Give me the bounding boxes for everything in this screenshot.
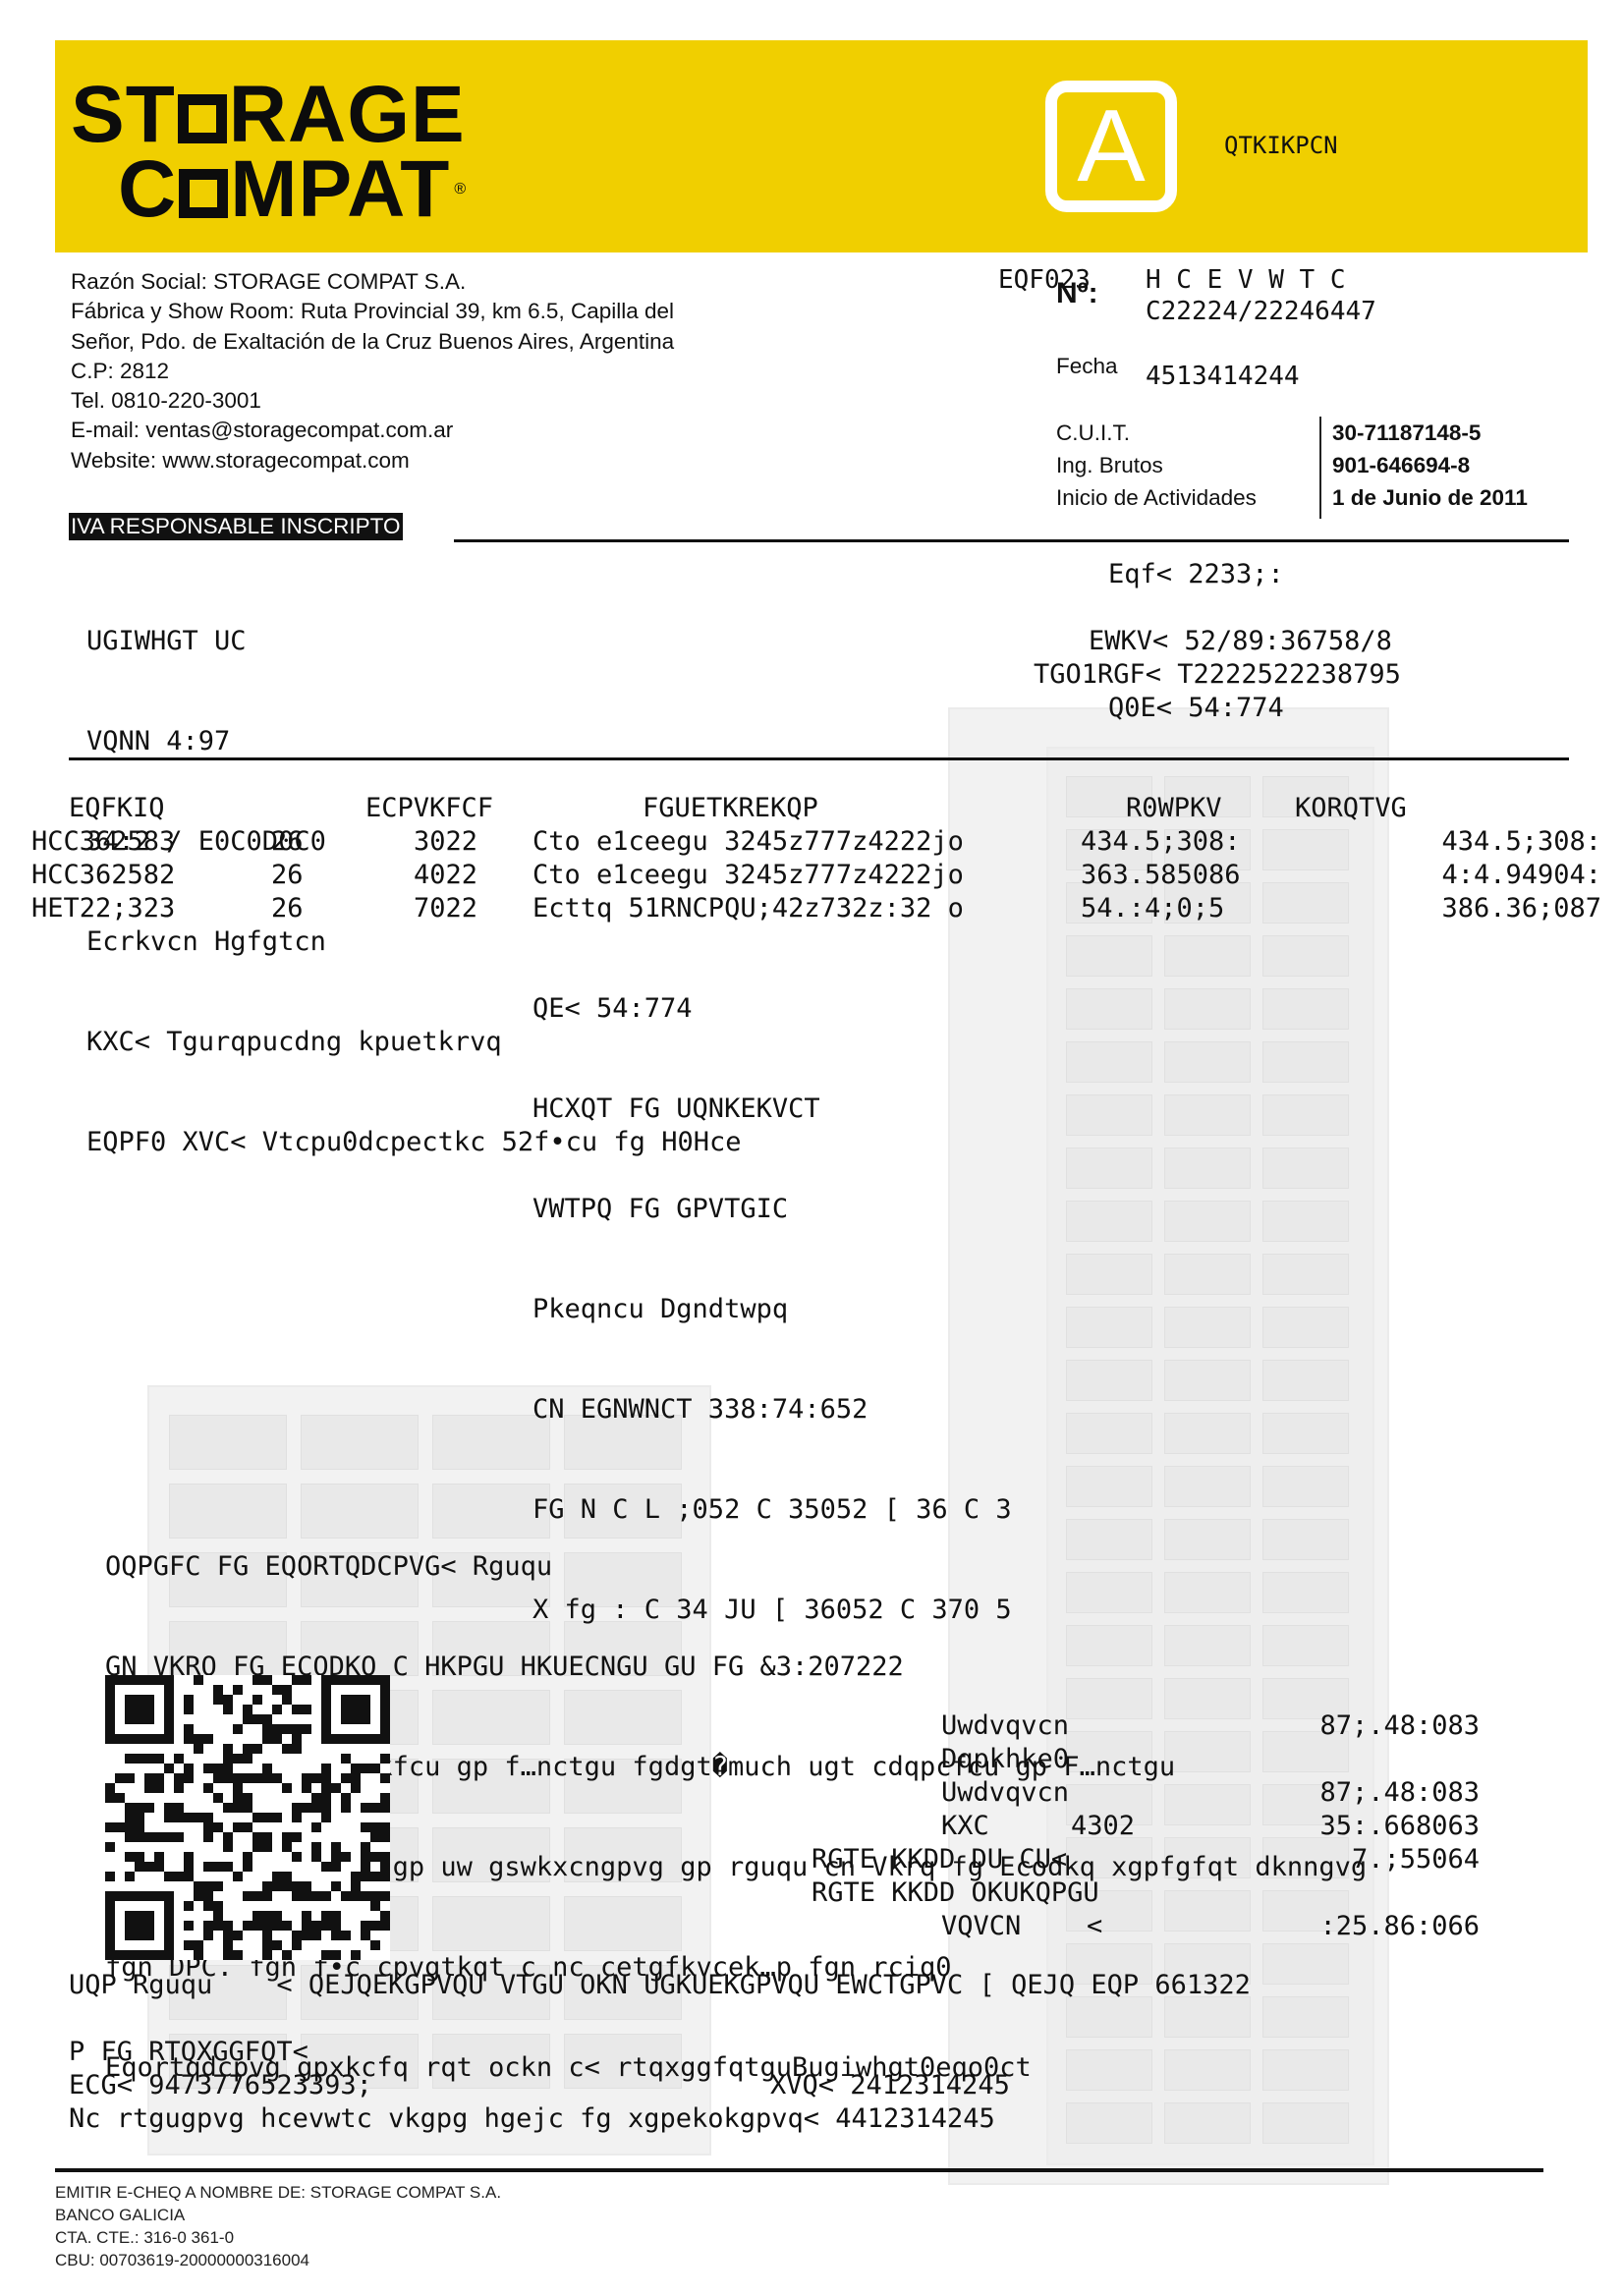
provider-number: P FG RTQXGGFQT< (69, 2036, 308, 2069)
divider (454, 539, 1569, 542)
start-value: 1 de Junio de 2011 (1332, 485, 1528, 511)
brand-logo: STRAGE CMPAT® (71, 78, 467, 227)
note-line: QE< 54:774 (532, 992, 1012, 1026)
company-line: Señor, Pdo. de Exaltación de la Cruz Bue… (71, 327, 674, 357)
col-header-code: EQFKIQ (69, 792, 165, 825)
cell-qty-a: 26 (271, 859, 310, 892)
company-line: Tel. 0810-220-3001 (71, 386, 674, 416)
note-line: Pkeqncu Dgndtwpq (532, 1293, 1012, 1326)
cell-unit-price: 434.5;308: (1081, 825, 1277, 859)
cell-qty-b: 4022 (373, 859, 477, 892)
cae-number: ECG< 9473776523393; (69, 2069, 372, 2102)
totals-label: RGTE KKDD DU CU< (812, 1843, 1067, 1876)
totals-value: :25.86:066 (1228, 1910, 1480, 1943)
footer-bank-info: EMITIR E-CHEQ A NOMBRE DE: STORAGE COMPA… (55, 2181, 501, 2271)
totals-label: RGTE KKDD OKUKQPGU (812, 1876, 1099, 1910)
company-line: E-mail: ventas@storagecompat.com.ar (71, 416, 674, 445)
footer-line: EMITIR E-CHEQ A NOMBRE DE: STORAGE COMPA… (55, 2181, 501, 2204)
totals-value: 7.;55064 (1228, 1843, 1480, 1876)
totals-value: 87;.48:083 (1228, 1709, 1480, 1743)
cell-qty-a: 26 (271, 892, 310, 925)
totals-rate: 4302 (1071, 1810, 1135, 1843)
customer-code: Eqf< 2233;: (1108, 558, 1284, 591)
terms-line: OQPGFC FG EQORTQDCPVG< Rguqu (105, 1550, 1367, 1584)
totals-label: Uwdvqvcn (941, 1776, 1069, 1810)
cae-expiry: XVQ< 2412314245 (770, 2069, 1010, 2102)
totals-rate: < (1087, 1910, 1102, 1943)
invoice-number-label: Nº: (1056, 277, 1098, 310)
company-line: Website: www.storagecompat.com (71, 446, 674, 476)
cuit-value: 30-71187148-5 (1332, 420, 1481, 446)
cell-description: Ecttq 51RNCPQU;42z732z:32 o (532, 892, 1043, 925)
due-date-line: Nc rtgugpvg hcevwtc vkgpg hgejc fg xgpek… (69, 2102, 995, 2136)
cell-amount: 386.36;087 (1415, 892, 1601, 925)
ib-value: 901-646694-8 (1332, 453, 1470, 478)
cell-description: Cto e1ceegu 3245z777z4222jo (532, 825, 1043, 859)
note-line: HCXQT FG UQNKEKVCT (532, 1092, 1012, 1126)
customer-line: UGIWHGT UC (86, 625, 741, 658)
customer-remito: TGO1RGF< T2222522238795 (1034, 658, 1401, 692)
ib-label: Ing. Brutos (1056, 453, 1163, 478)
footer-line: BANCO GALICIA (55, 2204, 501, 2226)
col-header-qty: ECPVKFCF (365, 792, 493, 825)
cell-code: HCC362583 (31, 825, 198, 859)
iva-badge: IVA RESPONSABLE INSCRIPTO (69, 513, 403, 540)
company-line: Razón Social: STORAGE COMPAT S.A. (71, 267, 674, 297)
invoice-doc-type: H C E V W T C (1146, 263, 1346, 297)
cell-qty-b: 3022 (373, 825, 477, 859)
cell-qty-a: 26 (271, 825, 310, 859)
date-value: 4513414244 (1146, 360, 1300, 393)
note-line: VWTPQ FG GPVTGIC (532, 1193, 1012, 1226)
company-info: Razón Social: STORAGE COMPAT S.A. Fábric… (71, 267, 674, 476)
totals-label: KXC (941, 1810, 989, 1843)
company-line: Fábrica y Show Room: Ruta Provincial 39,… (71, 297, 674, 326)
company-line: C.P: 2812 (71, 357, 674, 386)
col-header-description: FGUETKREKQP (643, 792, 818, 825)
cell-amount: 434.5;308: (1415, 825, 1601, 859)
totals-label: Dqpkhke0 (941, 1743, 1069, 1776)
customer-line: VQNN 4:97 (86, 725, 741, 758)
logo-square-icon (178, 94, 227, 143)
note-line: CN EGNWNCT 338:74:652 (532, 1393, 1012, 1427)
divider (69, 757, 1569, 760)
totals-value: 35:.668063 (1228, 1810, 1480, 1843)
cell-unit-price: 54.:4;0;5 (1081, 892, 1277, 925)
cell-qty-b: 7022 (373, 892, 477, 925)
invoice-type-letter: A (1045, 81, 1177, 212)
brand-header: STRAGE CMPAT® A QTKIKPCN (55, 40, 1588, 252)
invoice-number: C22224/22246447 (1146, 295, 1376, 328)
divider (55, 2168, 1543, 2172)
date-label: Fecha (1056, 354, 1118, 379)
cell-code: HCC362582 (31, 859, 198, 892)
customer-oc: Q0E< 54:774 (1108, 692, 1284, 725)
meta-separator (1319, 417, 1321, 519)
header-code: QTKIKPCN (1224, 129, 1338, 162)
totals-label: Uwdvqvcn (941, 1709, 1069, 1743)
customer-cuit: EWKV< 52/89:36758/8 (1089, 625, 1392, 658)
cuit-label: C.U.I.T. (1056, 420, 1130, 446)
footer-line: CBU: 00703619-20000000316004 (55, 2249, 501, 2271)
cell-description: Cto e1ceegu 3245z777z4222jo (532, 859, 1043, 892)
cell-amount: 4:4.94904: (1415, 859, 1601, 892)
start-label: Inicio de Actividades (1056, 485, 1257, 511)
col-header-amount: KORQTVG (1295, 792, 1407, 825)
totals-value: 87;.48:083 (1228, 1776, 1480, 1810)
footer-line: CTA. CTE.: 316-0 361-0 (55, 2226, 501, 2249)
cell-code: HET22;323 (31, 892, 198, 925)
qr-code-icon (105, 1675, 390, 1960)
cell-unit-price: 363.585086 (1081, 859, 1277, 892)
col-header-unit-price: R0WPKV (1126, 792, 1222, 825)
amount-in-words: UQP Rguqu < QEJQEKGPVQU VTGU OKN UGKUEKG… (69, 1969, 1251, 2002)
totals-label: VQVCN (941, 1910, 1021, 1943)
logo-square-icon (179, 169, 228, 218)
